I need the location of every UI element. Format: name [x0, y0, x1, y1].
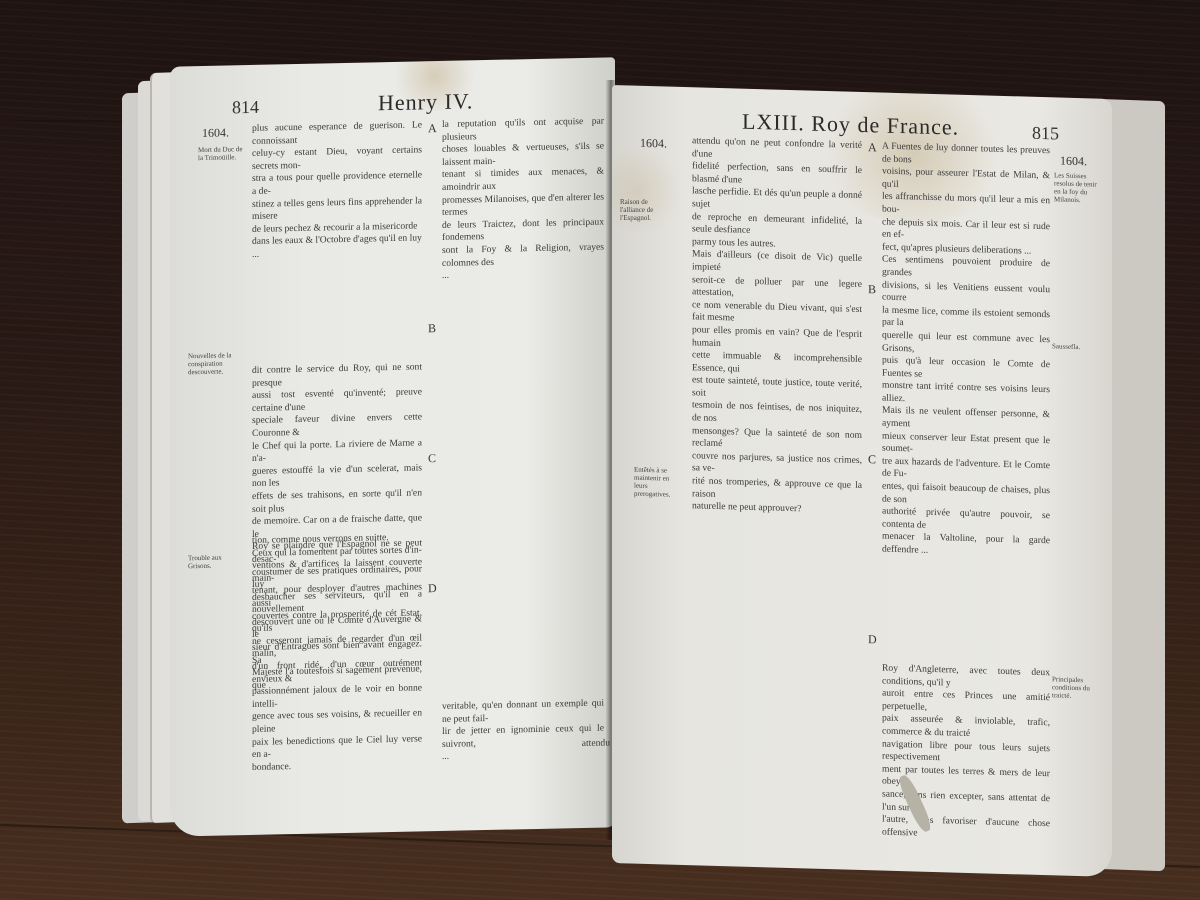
right-page: LXIII. Roy de France. 815 1604. 1604. Le… — [612, 85, 1112, 877]
margin-note: Saussefla. — [1052, 342, 1102, 351]
year-marker: 1604. — [1060, 154, 1087, 170]
page-number: 814 — [232, 97, 259, 119]
text-column-2-lower: Roy d'Angleterre, avec toutes deux condi… — [882, 663, 1050, 844]
section-letter: B — [868, 282, 876, 297]
running-head: Henry IV. — [378, 88, 473, 116]
text-column-1: attendu qu'on ne peut confondre la verit… — [692, 135, 862, 518]
margin-note: Raison de l'alliance de l'Espagnol. — [620, 198, 670, 222]
margin-note: Mort du Duc de la Trimoüille. — [198, 145, 248, 162]
catchword: attendu — [550, 737, 610, 751]
left-page: 814 Henry IV. 1604. Mort du Duc de la Tr… — [170, 57, 615, 836]
page-number: 815 — [1032, 123, 1059, 145]
running-head: LXIII. Roy de France. — [742, 109, 959, 141]
margin-note: Les Suisses resolus de tenir en la foy d… — [1054, 171, 1104, 204]
text-column-2: la reputation qu'ils ont acquise par plu… — [442, 116, 604, 283]
margin-note: Nouvelles de la conspiration descouverte… — [188, 351, 246, 376]
year-marker: 1604. — [202, 125, 229, 141]
section-letter: D — [868, 632, 877, 647]
section-letter: C — [868, 452, 876, 467]
margin-note: Trouble aux Grisons. — [188, 553, 246, 570]
margin-note: Entêtés à se maintenir en leurs prerogat… — [634, 466, 684, 499]
water-stain — [612, 144, 682, 237]
section-letter: D — [428, 581, 437, 596]
text-column-2: A Fuentes de luy donner toutes les preuv… — [882, 141, 1050, 561]
text-column-1: plus aucune esperance de guerison. Le co… — [252, 119, 422, 261]
section-letter: B — [428, 321, 436, 336]
margin-note: Principales conditions du traicté. — [1052, 675, 1108, 701]
open-book: 814 Henry IV. 1604. Mort du Duc de la Tr… — [0, 0, 1200, 900]
section-letter: C — [428, 451, 436, 466]
text-column-1-lower: tion, comme nous verrons en suitte.Ceux … — [252, 531, 422, 774]
section-letter: A — [868, 140, 877, 155]
year-marker: 1604. — [640, 136, 667, 152]
text-column-2-lower: veritable, qu'en donnant un exemple qui … — [442, 698, 604, 764]
section-letter: A — [428, 121, 437, 136]
